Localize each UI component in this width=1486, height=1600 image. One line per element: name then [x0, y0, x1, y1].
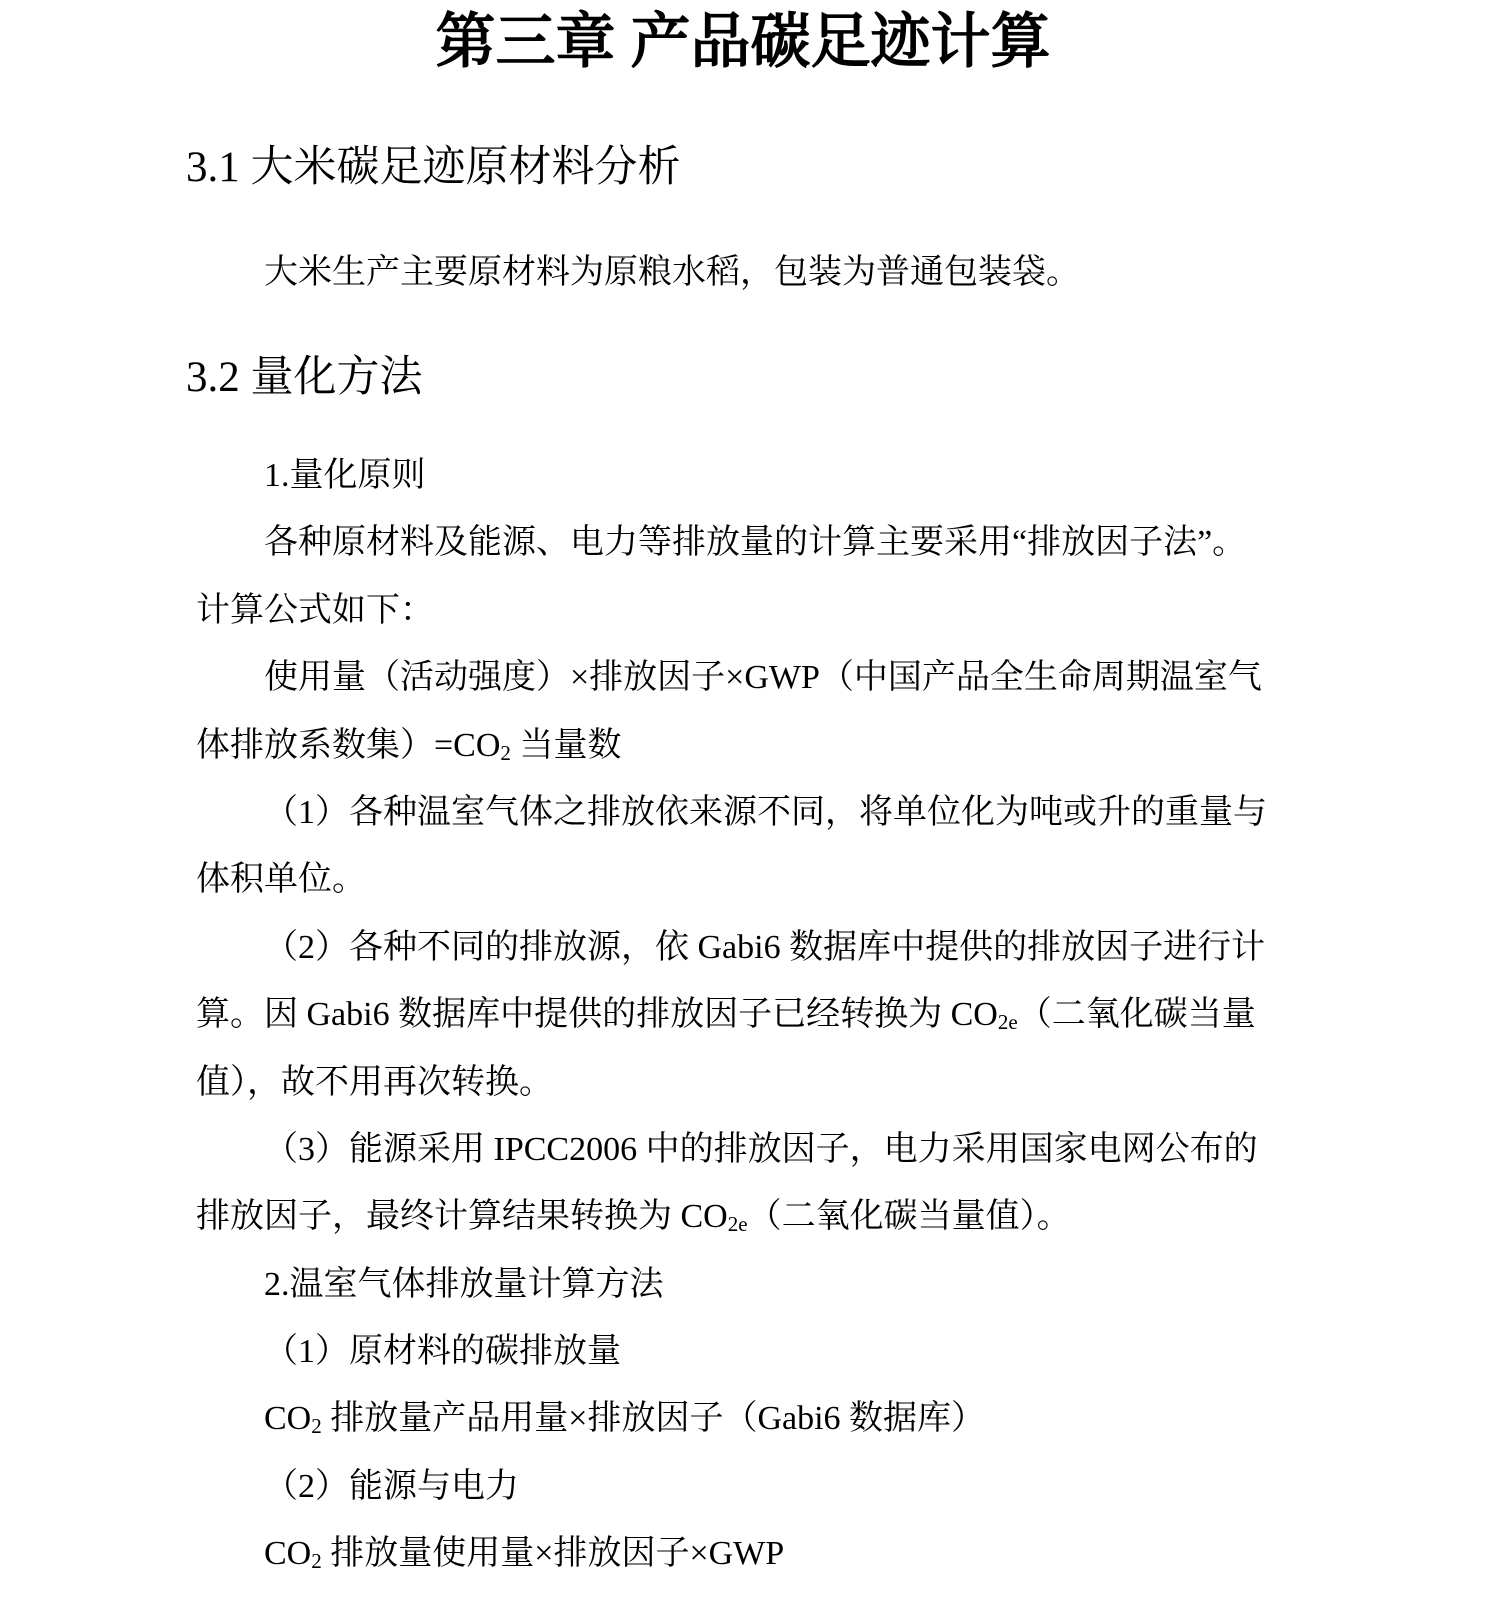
body-line: （3）能源采用 IPCC2006 中的排放因子，电力采用国家电网公布的 [196, 1116, 1356, 1183]
body-line: （1）原材料的碳排放量 [196, 1318, 1356, 1385]
chapter-title: 第三章 产品碳足迹计算 [0, 12, 1486, 72]
body-line: 算。因 Gabi6 数据库中提供的排放因子已经转换为 CO2e（二氧化碳当量 [196, 981, 1356, 1048]
body-line: CO2 排放量产品用量×排放因子（Gabi6 数据库） [196, 1385, 1356, 1452]
body-line: CO2 排放量使用量×排放因子×GWP [196, 1520, 1356, 1587]
body-line: 使用量（活动强度）×排放因子×GWP（中国产品全生命周期温室气 [196, 644, 1356, 711]
body-line: （2）能源与电力 [196, 1453, 1356, 1520]
document-page: 第三章 产品碳足迹计算 3.1 大米碳足迹原材料分析 大米生产主要原材料为原粮水… [0, 0, 1486, 1600]
section-3-2-body: 1.量化原则各种原材料及能源、电力等排放量的计算主要采用“排放因子法”。计算公式… [196, 442, 1356, 1588]
body-line: 体排放系数集）=CO2 当量数 [196, 712, 1356, 779]
section-3-1-paragraph: 大米生产主要原材料为原粮水稻，包装为普通包装袋。 [196, 256, 1080, 290]
body-line: 2.温室气体排放量计算方法 [196, 1251, 1356, 1318]
section-3-1-heading: 3.1 大米碳足迹原材料分析 [186, 146, 681, 189]
section-3-2-heading: 3.2 量化方法 [186, 356, 423, 399]
body-line: （2）各种不同的排放源，依 Gabi6 数据库中提供的排放因子进行计 [196, 914, 1356, 981]
body-line: 值），故不用再次转换。 [196, 1049, 1356, 1116]
body-line: （1）各种温室气体之排放依来源不同，将单位化为吨或升的重量与 [196, 779, 1356, 846]
body-line: 计算公式如下： [196, 577, 1356, 644]
body-line: 体积单位。 [196, 846, 1356, 913]
body-line: 1.量化原则 [196, 442, 1356, 509]
body-line: 排放因子，最终计算结果转换为 CO2e（二氧化碳当量值）。 [196, 1183, 1356, 1250]
body-line: 各种原材料及能源、电力等排放量的计算主要采用“排放因子法”。 [196, 509, 1356, 576]
